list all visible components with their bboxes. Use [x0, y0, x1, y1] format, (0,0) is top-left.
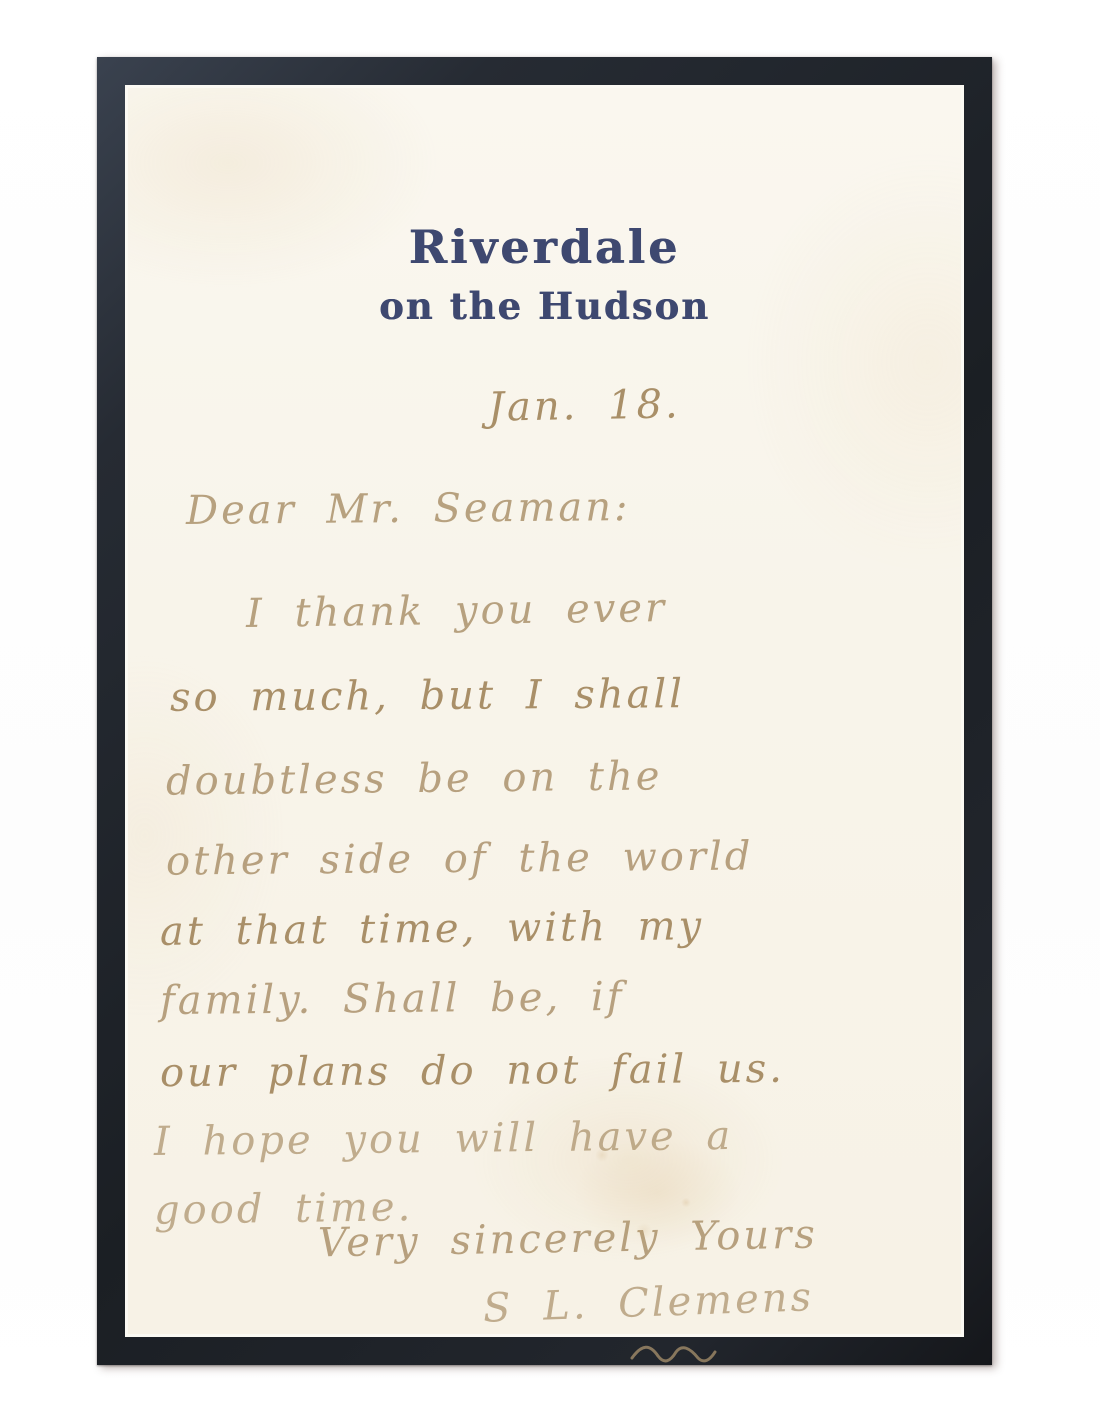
letter-line: other side of the world — [166, 833, 754, 884]
letter-signature: S L. Clemens — [482, 1274, 814, 1332]
letterhead-line2: on the Hudson — [128, 284, 961, 328]
signature-flourish-icon — [628, 1340, 718, 1366]
letter-line: I hope you will have a — [154, 1113, 734, 1165]
letter-line: family. Shall be, if — [160, 974, 625, 1024]
letter-line: I thank you ever — [246, 585, 668, 637]
letter-line: doubtless be on the — [166, 753, 663, 804]
letter-paper: Riverdale on the Hudson Jan. 18. Dear Mr… — [125, 85, 964, 1337]
letter-salutation: Dear Mr. Seaman: — [186, 484, 631, 534]
letter-date: Jan. 18. — [488, 381, 681, 430]
letterhead-line1: Riverdale — [128, 220, 961, 274]
letter-line: so much, but I shall — [170, 671, 685, 721]
letter-line: at that time, with my — [160, 903, 705, 955]
photo-background: Riverdale on the Hudson Jan. 18. Dear Mr… — [0, 0, 1100, 1424]
letter-line: our plans do not fail us. — [160, 1046, 785, 1096]
letter-closing: Very sincerely Yours — [318, 1212, 819, 1267]
picture-frame: Riverdale on the Hudson Jan. 18. Dear Mr… — [97, 57, 992, 1365]
